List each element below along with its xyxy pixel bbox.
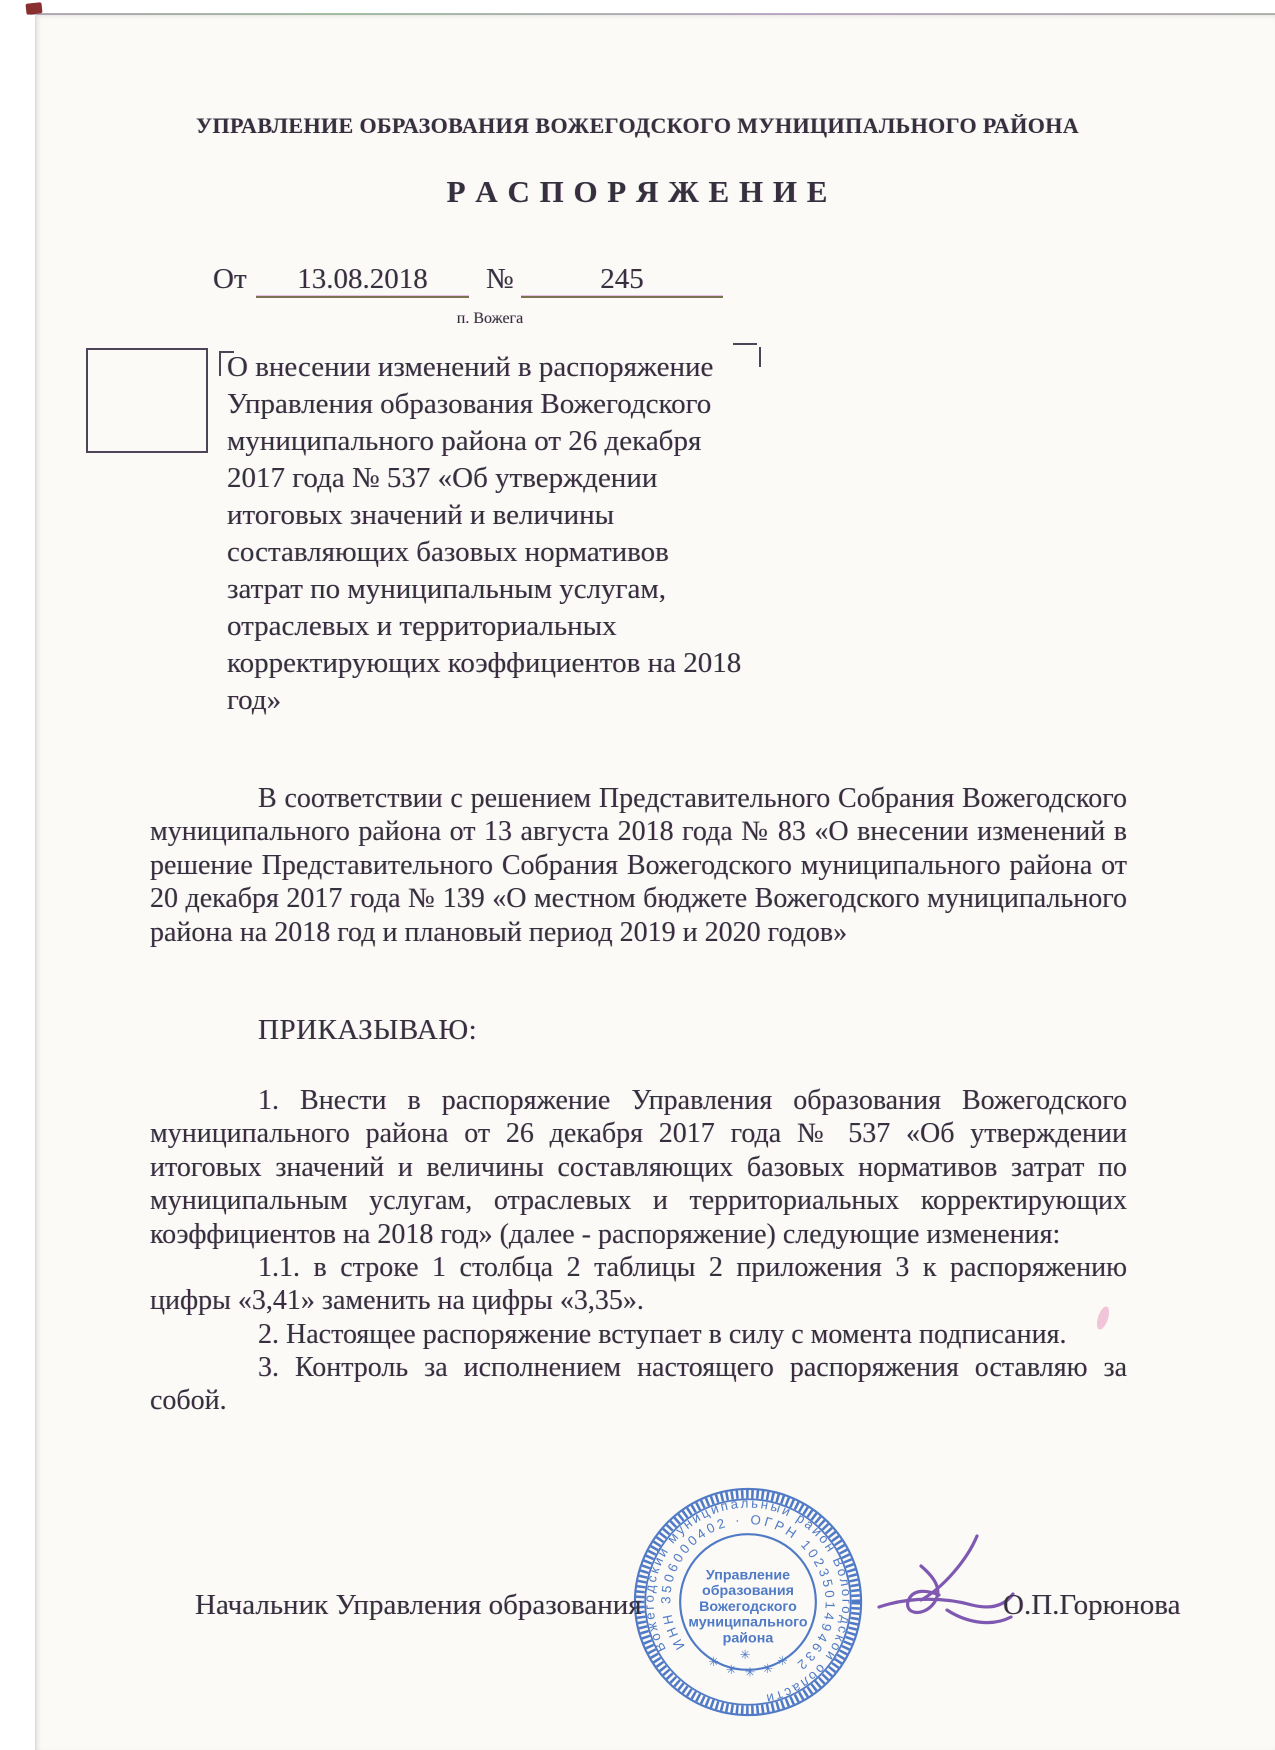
date-label: От [213, 263, 247, 296]
corner-scan-artifact [25, 2, 42, 15]
scanned-document-page: { "palette": { "stamp-blue": "#4270c2", … [0, 0, 1275, 1750]
subject-frame-box [86, 348, 208, 453]
number-underline [521, 296, 723, 298]
subject-line: итоговых значений и величины [227, 497, 767, 534]
number-label: № [486, 263, 514, 296]
order-word: ПРИКАЗЫВАЮ: [258, 1014, 477, 1047]
number-value: 245 [521, 263, 723, 296]
subject-line: О внесении изменений в распоряжение [227, 349, 767, 386]
scan-top-edge-artifact [30, 13, 1275, 15]
subject-line: год» [227, 682, 767, 719]
subject-line: корректирующих коэффициентов на 2018 [227, 645, 767, 682]
order-item-1: 1. Внести в распоряжение Управления обра… [150, 1084, 1127, 1251]
svg-text:✳: ✳ [740, 1647, 751, 1662]
subject-line: отраслевых и территориальных [227, 608, 767, 645]
svg-text:✳: ✳ [708, 1654, 719, 1669]
signature-name: О.П.Горюнова [1003, 1589, 1180, 1622]
svg-text:✳: ✳ [762, 1661, 773, 1676]
signature-scribble-icon [825, 1528, 1035, 1643]
preamble-paragraph: В соответствии с решением Представительн… [150, 782, 1127, 949]
order-item-2: 2. Настоящее распоряжение вступает в сил… [150, 1318, 1127, 1351]
svg-text:✳: ✳ [745, 1665, 756, 1680]
order-item-1-1: 1.1. в строке 1 столбца 2 таблицы 2 прил… [150, 1251, 1127, 1318]
subject-line: затрат по муниципальным услугам, [227, 571, 767, 608]
org-title: УПРАВЛЕНИЕ ОБРАЗОВАНИЯ ВОЖЕГОДСКОГО МУНИ… [0, 113, 1275, 139]
subject-line: муниципального района от 26 декабря [227, 423, 767, 460]
signature-position-title: Начальник Управления образования [195, 1589, 642, 1622]
svg-text:Управление: Управление [706, 1567, 790, 1583]
subject-line: Управления образования Вожегодского [227, 386, 767, 423]
svg-text:района: района [723, 1630, 775, 1646]
date-underline [256, 296, 469, 298]
svg-text:образования: образования [702, 1583, 794, 1599]
subject-block: О внесении изменений в распоряжение Упра… [227, 349, 767, 719]
doc-type-title: Р А С П О Р Я Ж Е Н И Е [0, 174, 1275, 210]
subject-line: 2017 года № 537 «Об утверждении [227, 460, 767, 497]
scan-left-edge-artifact [35, 14, 36, 1750]
svg-text:Вожегодского: Вожегодского [699, 1599, 797, 1615]
order-item-3: 3. Контроль за исполнением настоящего ра… [150, 1351, 1127, 1418]
date-value: 13.08.2018 [256, 263, 469, 296]
subject-line: составляющих базовых нормативов [227, 534, 767, 571]
svg-text:✳: ✳ [726, 1662, 737, 1677]
stamp-center-text: Управление образования Вожегодского муни… [688, 1567, 808, 1646]
place-label: п. Вожега [390, 310, 590, 328]
svg-text:✳: ✳ [777, 1653, 788, 1668]
crop-mark-right-icon [733, 343, 757, 345]
svg-text:муниципального: муниципального [688, 1615, 808, 1631]
